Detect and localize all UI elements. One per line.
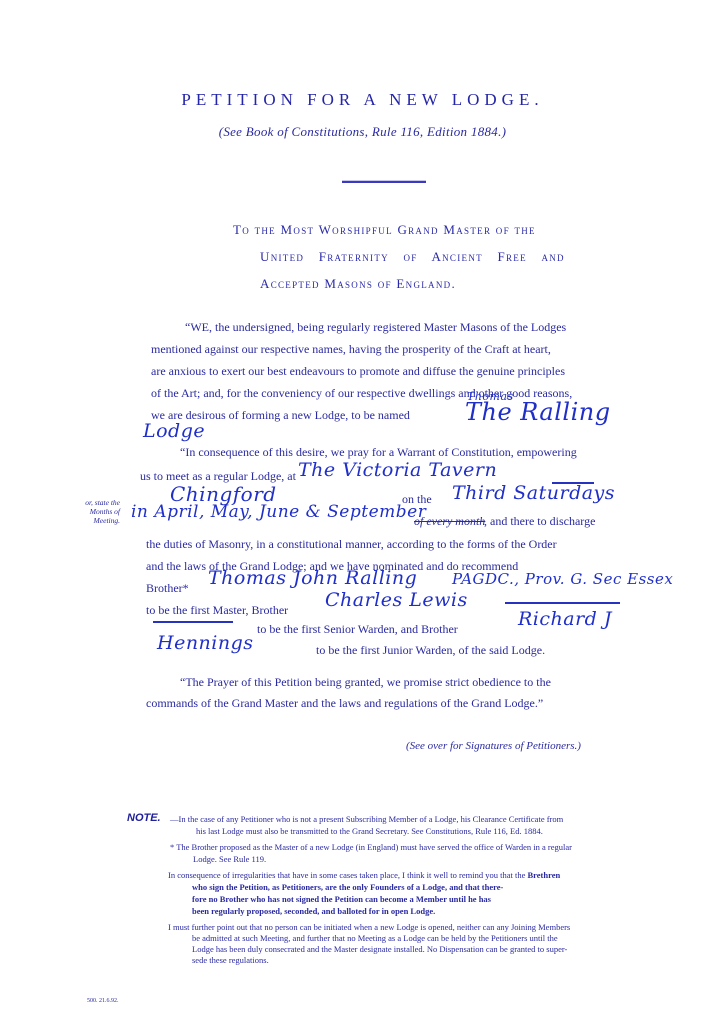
margin-note-line: Meeting.	[60, 516, 120, 525]
document-title: PETITION FOR A NEW LODGE.	[0, 90, 725, 110]
petition-text: Brother*	[146, 581, 189, 596]
handwritten-lodge-name-line2: Lodge	[143, 420, 205, 442]
petition-text: are anxious to exert our best endeavours…	[151, 364, 565, 379]
title-divider	[342, 180, 426, 183]
note-text: —In the case of any Petitioner who is no…	[170, 814, 563, 824]
handwritten-junior-warden-surname: Hennings	[157, 632, 254, 654]
struck-printed-text: of every month	[414, 514, 485, 529]
petition-text: , and there to discharge	[484, 514, 595, 529]
print-code: 500. 21.6.92.	[87, 998, 119, 1004]
handwritten-master-titles: PAGDC., Prov. G. Sec Essex	[452, 570, 673, 588]
handwritten-junior-warden: Richard J	[518, 608, 612, 630]
handwritten-senior-warden: Charles Lewis	[325, 589, 468, 611]
petition-text: mentioned against our respective names, …	[151, 342, 551, 357]
petition-text: to be the first Master, Brother	[146, 603, 288, 618]
petition-text: to be the first Senior Warden, and Broth…	[257, 622, 458, 637]
note-text: In consequence of irregularities that ha…	[168, 870, 560, 880]
blank-line	[153, 621, 233, 623]
note-text: fore no Brother who has not signed the P…	[192, 894, 491, 904]
handwritten-venue: The Victoria Tavern	[298, 459, 497, 481]
petition-text: commands of the Grand Master and the law…	[146, 696, 543, 711]
margin-note-line: or, state the	[60, 498, 120, 507]
note-text: Lodge. See Rule 119.	[193, 854, 266, 864]
blank-line	[505, 602, 620, 604]
petition-text: “In consequence of this desire, we pray …	[180, 445, 577, 460]
petition-text: “WE, the undersigned, being regularly re…	[185, 320, 566, 335]
note-label: NOTE.	[127, 812, 161, 824]
address-line-1: To the Most Worshipful Grand Master of t…	[233, 222, 536, 238]
handwritten-meeting-months: in April, May, June & September	[131, 502, 426, 522]
note-text: been regularly proposed, seconded, and b…	[192, 906, 435, 916]
note-text: who sign the Petition, as Petitioners, a…	[192, 882, 503, 892]
petition-text: the duties of Masonry, in a constitution…	[146, 537, 557, 552]
note-text: * The Brother proposed as the Master of …	[170, 842, 572, 852]
note-text: sede these regulations.	[192, 955, 269, 965]
petition-text: to be the first Junior Warden, of the sa…	[316, 643, 545, 658]
document-subtitle: (See Book of Constitutions, Rule 116, Ed…	[0, 124, 725, 140]
handwritten-master-name: Thomas John Ralling	[208, 567, 417, 589]
note-text-bold: Brethren	[527, 870, 560, 880]
note-text: Lodge has been duly consecrated and the …	[192, 944, 567, 954]
note-text: I must further point out that no person …	[168, 922, 570, 932]
see-over-note: (See over for Signatures of Petitioners.…	[406, 740, 581, 752]
handwritten-lodge-name: The Ralling	[465, 398, 611, 426]
note-text-part: In consequence of irregularities that ha…	[168, 870, 525, 880]
margin-note: or, state the Months of Meeting.	[60, 498, 120, 525]
petition-text: “The Prayer of this Petition being grant…	[180, 675, 551, 690]
address-line-2: United Fraternity of Ancient Free and	[260, 249, 565, 265]
margin-note-line: Months of	[60, 507, 120, 516]
note-text: be admitted at such Meeting, and further…	[192, 933, 558, 943]
note-text: his last Lodge must also be transmitted …	[196, 826, 543, 836]
address-line-3: Accepted Masons of England.	[260, 276, 456, 292]
handwritten-meeting-days: Third Saturdays	[452, 482, 615, 504]
